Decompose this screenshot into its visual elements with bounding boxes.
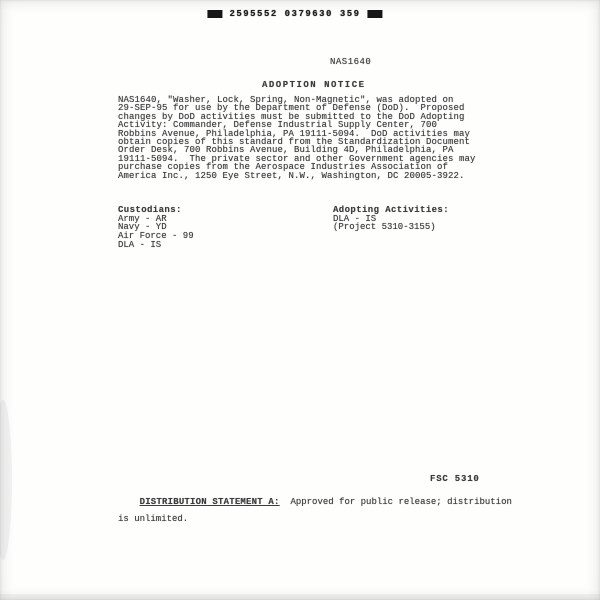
custodians-section: Custodians: Army - AR Navy - YD Air Forc… bbox=[118, 206, 194, 250]
scan-smudge-bottom bbox=[0, 594, 600, 600]
scanned-document-page: 2595552 0379630 359 NAS1640 ADOPTION NOT… bbox=[0, 0, 600, 600]
distribution-statement: DISTRIBUTION STATEMENT A: Approved for p… bbox=[118, 489, 490, 541]
distribution-statement-text: Approved for public release; distributio… bbox=[280, 497, 512, 507]
scan-smudge-left bbox=[0, 400, 12, 560]
custodian-item-dla: DLA - IS bbox=[118, 241, 194, 250]
adopting-project-number: (Project 5310-3155) bbox=[333, 223, 449, 232]
adoption-notice-body: NAS1640, "Washer, Lock, Spring, Non-Magn… bbox=[118, 96, 490, 180]
fsc-code: FSC 5310 bbox=[430, 474, 480, 484]
adopting-activities-section: Adopting Activities: DLA - IS (Project 5… bbox=[333, 206, 449, 232]
document-number: NAS1640 bbox=[330, 57, 371, 67]
code-block-right-icon bbox=[368, 10, 383, 18]
code-block-left-icon bbox=[207, 10, 222, 18]
scan-header-digits: 2595552 0379630 359 bbox=[229, 9, 360, 19]
distribution-statement-label: DISTRIBUTION STATEMENT A: bbox=[140, 497, 280, 507]
page-title: ADOPTION NOTICE bbox=[262, 80, 366, 90]
scan-header-code: 2595552 0379630 359 bbox=[207, 9, 382, 19]
distribution-statement-line2: is unlimited. bbox=[118, 515, 490, 524]
